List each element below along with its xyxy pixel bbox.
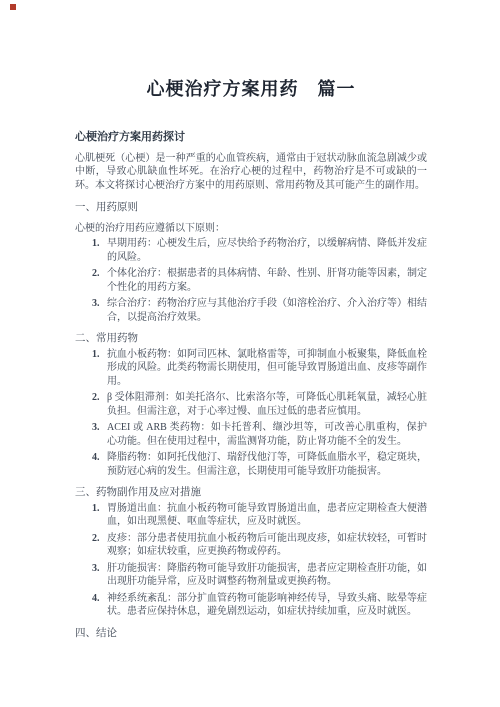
numbered-list: 早期用药：心梗发生后，应尽快给予药物治疗，以缓解病情、降低并发症的风险。 个体化… — [92, 237, 427, 324]
red-corner-mark — [10, 4, 16, 10]
section-common-drugs: 二、常用药物 抗血小板药物：如阿司匹林、氯吡格雷等，可抑制血小板聚集，降低血栓形… — [75, 332, 427, 478]
list-item: β 受体阻滞剂：如美托洛尔、比索洛尔等，可降低心肌耗氧量，减轻心脏负担。但需注意… — [92, 391, 427, 418]
section-heading: 二、常用药物 — [75, 332, 427, 346]
list-item: 综合治疗：药物治疗应与其他治疗手段（如溶栓治疗、介入治疗等）相结合，以提高治疗效… — [92, 297, 427, 324]
section-side-effects: 三、药物副作用及应对措施 胃肠道出血：抗血小板药物可能导致胃肠道出血，患者应定期… — [75, 486, 427, 619]
section-heading: 三、药物副作用及应对措施 — [75, 486, 427, 500]
document-page: 心梗治疗方案用药 篇一 心梗治疗方案用药探讨 心肌梗死（心梗）是一种严重的心血管… — [0, 0, 500, 707]
numbered-list: 胃肠道出血：抗血小板药物可能导致胃肠道出血，患者应定期检查大便潜血，如出现黑便、… — [92, 502, 427, 619]
list-item: 降脂药物：如阿托伐他汀、瑞舒伐他汀等，可降低血脂水平，稳定斑块，预防冠心病的发生… — [92, 451, 427, 478]
article-subheading: 心梗治疗方案用药探讨 — [75, 131, 427, 145]
list-item: ACEI 或 ARB 类药物：如卡托普利、缬沙坦等，可改善心肌重构，保护心功能。… — [92, 421, 427, 448]
section-heading: 四、结论 — [75, 627, 427, 641]
section-lead: 心梗的治疗用药应遵循以下原则： — [75, 222, 427, 236]
numbered-list: 抗血小板药物：如阿司匹林、氯吡格雷等，可抑制血小板聚集，降低血栓形成的风险。此类… — [92, 348, 427, 479]
document-title: 心梗治疗方案用药 篇一 — [75, 78, 427, 101]
list-item: 皮疹：部分患者使用抗血小板药物后可能出现皮疹，如症状较轻，可暂时观察；如症状较重… — [92, 532, 427, 559]
section-heading: 一、用药原则 — [75, 201, 427, 215]
intro-paragraph: 心肌梗死（心梗）是一种严重的心血管疾病，通常由于冠状动脉血流急剧减少或中断，导致… — [75, 152, 427, 193]
list-item: 早期用药：心梗发生后，应尽快给予药物治疗，以缓解病情、降低并发症的风险。 — [92, 237, 427, 264]
list-item: 神经系统紊乱：部分扩血管药物可能影响神经传导，导致头痛、眩晕等症状。患者应保持休… — [92, 592, 427, 619]
list-item: 胃肠道出血：抗血小板药物可能导致胃肠道出血，患者应定期检查大便潜血，如出现黑便、… — [92, 502, 427, 529]
section-principles: 一、用药原则 心梗的治疗用药应遵循以下原则： 早期用药：心梗发生后，应尽快给予药… — [75, 201, 427, 324]
list-item: 抗血小板药物：如阿司匹林、氯吡格雷等，可抑制血小板聚集，降低血栓形成的风险。此类… — [92, 348, 427, 389]
list-item: 肝功能损害：降脂药物可能导致肝功能损害，患者应定期检查肝功能，如出现肝功能异常，… — [92, 562, 427, 589]
list-item: 个体化治疗：根据患者的具体病情、年龄、性别、肝肾功能等因素，制定个性化的用药方案… — [92, 267, 427, 294]
section-conclusion: 四、结论 — [75, 627, 427, 641]
